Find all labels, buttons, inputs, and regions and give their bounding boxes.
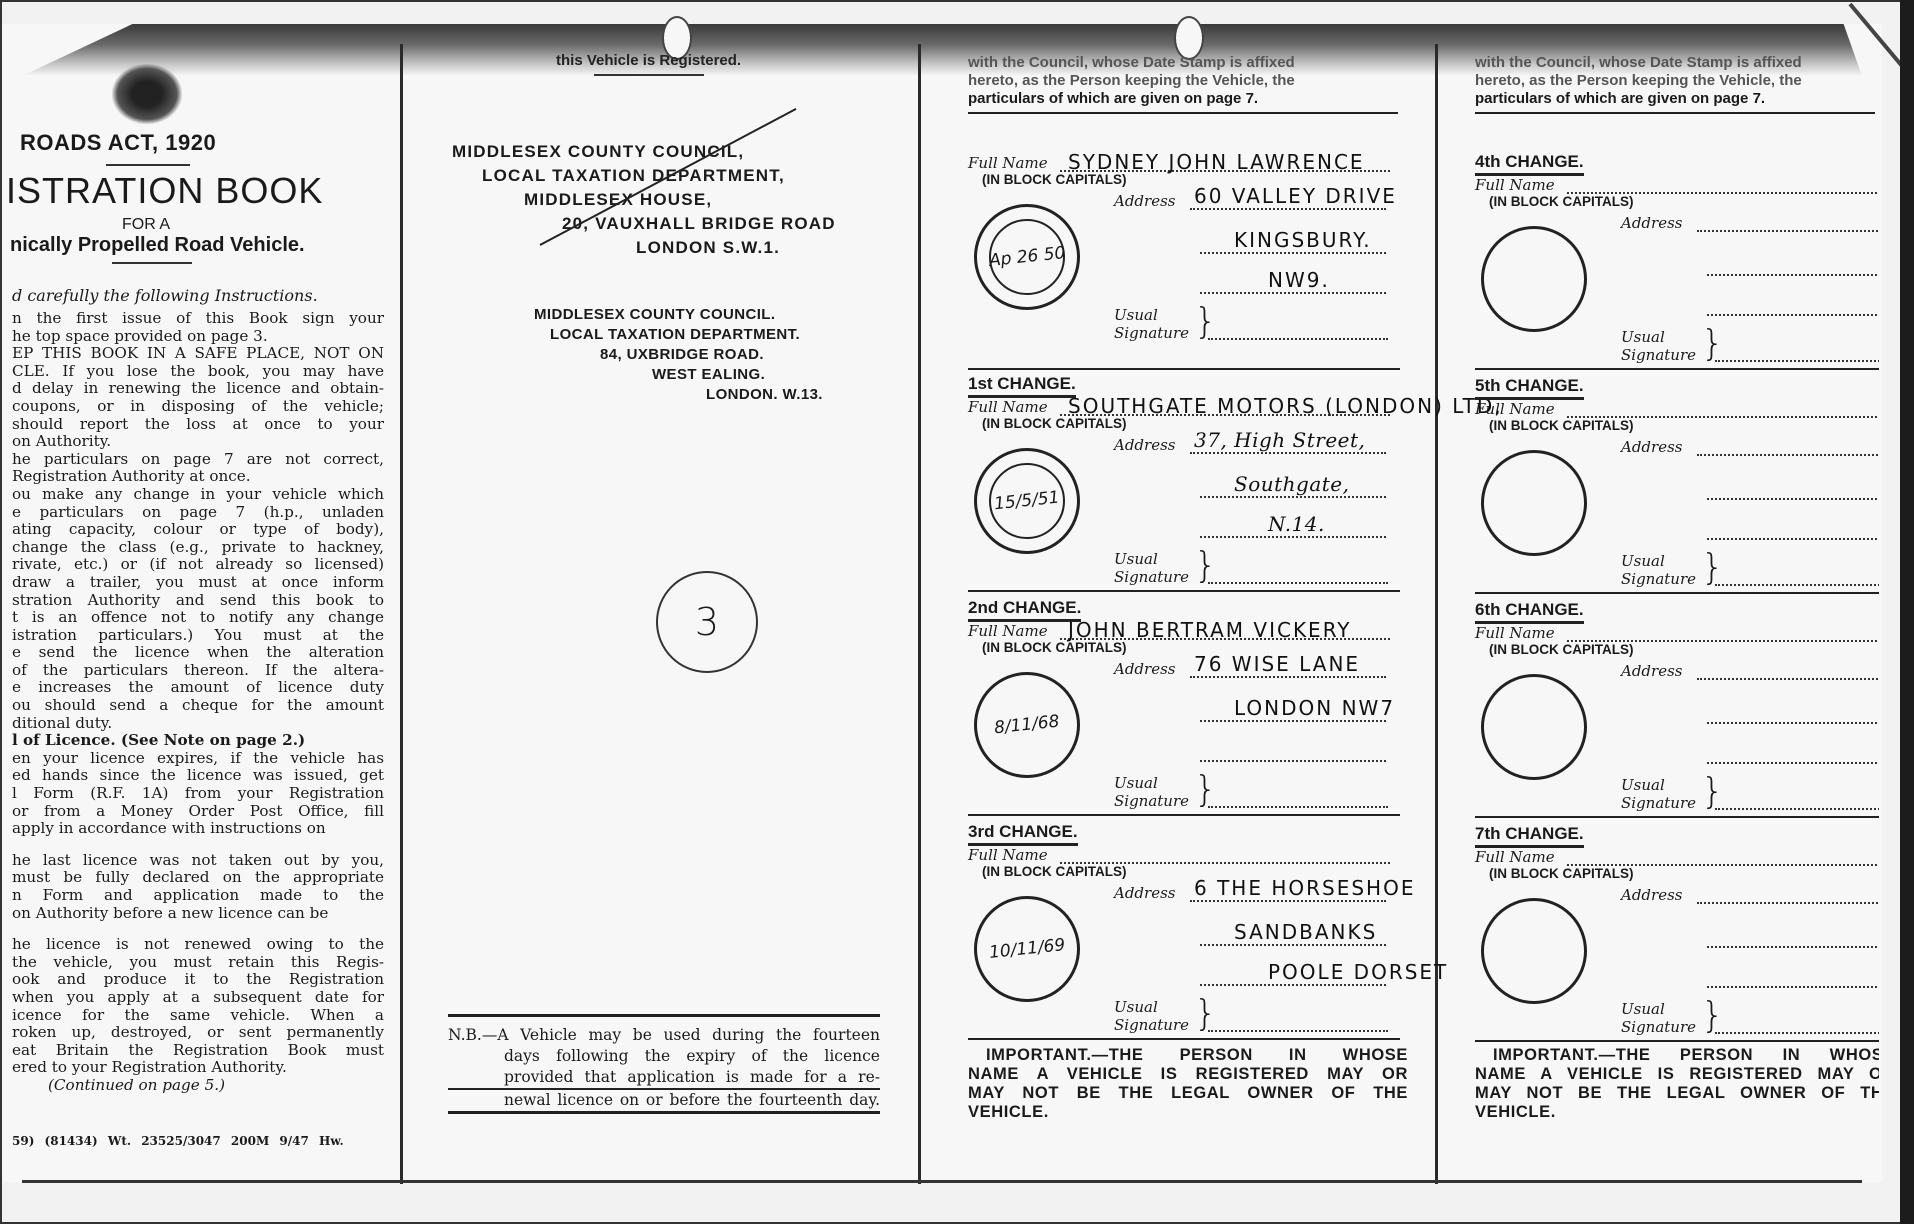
date-stamp: Ap 26 50 <box>974 204 1080 310</box>
rule <box>112 262 192 264</box>
instruction-line: t is an offence not to notify any change <box>12 609 384 627</box>
brace-icon: } <box>1701 774 1724 810</box>
address-field[interactable] <box>1707 946 1879 948</box>
address-field[interactable] <box>1190 676 1386 678</box>
act-title: ROADS ACT, 1920 <box>20 130 216 156</box>
scanned-sheet: ROADS ACT, 1920 ISTRATION BOOK FOR A nic… <box>2 24 1882 1182</box>
instruction-line: should report the loss at once to your <box>12 416 384 434</box>
address-value: POOLE DORSET <box>1268 960 1448 984</box>
instruction-line: ered to your Registration Authority. <box>12 1059 384 1077</box>
instructions-page: ROADS ACT, 1920 ISTRATION BOOK FOR A nic… <box>2 24 400 1174</box>
address-value: 6 THE HORSESHOE <box>1194 876 1415 900</box>
page-header: this Vehicle is Registered. <box>556 52 741 69</box>
signature-field[interactable] <box>1715 584 1879 586</box>
page-divider <box>918 44 921 1184</box>
new-address-line: MIDDLESEX COUNTY COUNCIL. <box>534 306 775 323</box>
registration-page: with the Council, whose Date Stamp is af… <box>922 24 1434 1174</box>
rule <box>106 164 190 166</box>
print-code: 59) (81434) Wt. 23525/3047 200M 9/47 Hw. <box>12 1134 344 1148</box>
block-capitals-label: (IN BLOCK CAPITALS) <box>982 416 1127 431</box>
instruction-line: ating capacity, colour or type of body), <box>12 521 384 539</box>
instruction-line: apply in accordance with instructions on <box>12 820 384 838</box>
address-label: Address <box>1621 214 1682 232</box>
change-heading: 5th CHANGE. <box>1475 376 1584 400</box>
instruction-line: l Form (R.F. 1A) from your Registration <box>12 785 384 803</box>
signature-field[interactable] <box>1208 1030 1388 1032</box>
signature-field[interactable] <box>1208 338 1388 340</box>
instruction-line: on Authority before a new licence can be <box>12 905 384 923</box>
instruction-line: e send the licence when the alteration <box>12 644 384 662</box>
address-value: Southgate, <box>1234 472 1350 496</box>
instruction-line: change the class (e.g., private to hackn… <box>12 539 384 557</box>
instruction-line: d delay in renewing the licence and obta… <box>12 380 384 398</box>
important-notice: IMPORTANT.—THE PERSON IN WHOSE NAME A VE… <box>968 1046 1408 1122</box>
nb-line: newal licence on or before the fourteent… <box>448 1090 880 1114</box>
address-label: Address <box>1114 436 1175 454</box>
change-heading: 6th CHANGE. <box>1475 600 1584 624</box>
address-field[interactable] <box>1707 274 1879 276</box>
old-address-line: 20, VAUXHALL BRIDGE ROAD <box>562 214 836 234</box>
change-heading: 4th CHANGE. <box>1475 152 1584 176</box>
block-capitals-label: (IN BLOCK CAPITALS) <box>1489 866 1634 881</box>
address-field[interactable] <box>1200 292 1386 294</box>
nb-note: N.B.—A Vehicle may be used during the fo… <box>448 1014 880 1114</box>
address-value: SANDBANKS <box>1234 920 1377 944</box>
full-name-label: Full Name <box>1475 400 1555 418</box>
address-field[interactable] <box>1707 538 1879 540</box>
change-entry: 2nd CHANGE.Full NameJOHN BERTRAM VICKERY… <box>968 598 1400 816</box>
address-field[interactable] <box>1200 720 1386 722</box>
usual-signature-label: UsualSignature <box>1114 998 1189 1034</box>
book-subtitle: nically Propelled Road Vehicle. <box>10 234 305 257</box>
full-name-label: Full Name <box>1475 848 1555 866</box>
page-divider <box>400 44 403 1184</box>
stamp-date: 10/11/69 <box>988 935 1066 963</box>
instruction-line: the vehicle, you must retain this Regis- <box>12 954 384 972</box>
important-notice: IMPORTANT.—THE PERSON IN WHOSE NAME A VE… <box>1475 1046 1879 1122</box>
address-field[interactable] <box>1707 986 1879 988</box>
address-label: Address <box>1621 662 1682 680</box>
address-field[interactable] <box>1200 984 1386 986</box>
usual-signature-label: UsualSignature <box>1621 776 1696 812</box>
brace-icon: } <box>1701 550 1724 586</box>
new-address-line: WEST EALING. <box>652 366 765 383</box>
paragraph-gap <box>12 922 384 936</box>
change-entry: 4th CHANGE.Full Name(IN BLOCK CAPITALS)A… <box>1475 152 1879 370</box>
instruction-line: ook and produce it to the Registration <box>12 971 384 989</box>
instruction-line: he licence is not renewed owing to the <box>12 936 384 954</box>
date-stamp: 8/11/68 <box>974 672 1080 778</box>
change-heading: 3rd CHANGE. <box>968 822 1078 846</box>
instruction-line: when you apply at a subsequent date for <box>12 989 384 1007</box>
block-capitals-label: (IN BLOCK CAPITALS) <box>982 172 1127 187</box>
scan-edge-bar <box>1900 0 1914 1224</box>
address-field[interactable] <box>1190 900 1386 902</box>
instruction-line: he last licence was not taken out by you… <box>12 852 384 870</box>
instruction-line: n Form and application made to the <box>12 887 384 905</box>
address-value: KINGSBURY. <box>1234 228 1372 252</box>
signature-field[interactable] <box>1208 582 1388 584</box>
full-name-label: Full Name <box>1475 176 1555 194</box>
signature-field[interactable] <box>1715 808 1879 810</box>
brace-icon: } <box>1701 998 1724 1034</box>
date-stamp <box>1481 226 1587 332</box>
full-name-label: Full Name <box>968 846 1048 864</box>
address-field[interactable] <box>1200 496 1386 498</box>
address-field[interactable] <box>1200 252 1386 254</box>
instruction-line: istration particulars.) You must at the <box>12 627 384 645</box>
royal-crest-icon <box>112 64 182 124</box>
council-address-page: this Vehicle is Registered. MIDDLESEX CO… <box>404 24 918 1174</box>
change-heading: 7th CHANGE. <box>1475 824 1584 848</box>
instruction-line: or from a Money Order Post Office, fill <box>12 803 384 821</box>
change-entry: 7th CHANGE.Full Name(IN BLOCK CAPITALS)A… <box>1475 824 1879 1042</box>
full-name-label: Full Name <box>968 154 1048 172</box>
full-name-value: SYDNEY JOHN LAWRENCE <box>1068 150 1365 174</box>
instructions-body: n the first issue of this Book sign your… <box>12 310 384 1095</box>
paragraph-gap <box>12 838 384 852</box>
full-name-label: Full Name <box>968 398 1048 416</box>
instruction-line: of the particulars thereon. If the alter… <box>12 662 384 680</box>
full-name-value: JOHN BERTRAM VICKERY <box>1068 618 1352 642</box>
book-for-a: FOR A <box>122 216 170 234</box>
address-field[interactable] <box>1190 452 1386 454</box>
changes-page: with the Council, whose Date Stamp is af… <box>1439 24 1879 1174</box>
address-label: Address <box>1621 438 1682 456</box>
change-heading: 2nd CHANGE. <box>968 598 1081 622</box>
instruction-line: e increases the amount of licence duty <box>12 679 384 697</box>
date-stamp <box>1481 450 1587 556</box>
address-value: 60 VALLEY DRIVE <box>1194 184 1397 208</box>
keeper-intro: with the Council, whose Date Stamp is af… <box>1475 54 1875 114</box>
usual-signature-label: UsualSignature <box>1114 550 1189 586</box>
address-field[interactable] <box>1697 678 1879 680</box>
brace-icon: } <box>1701 326 1724 362</box>
change-entry: 5th CHANGE.Full Name(IN BLOCK CAPITALS)A… <box>1475 376 1879 594</box>
address-value: 76 WISE LANE <box>1194 652 1360 676</box>
instruction-line: he top space provided on page 3. <box>12 328 384 346</box>
address-field[interactable] <box>1200 944 1386 946</box>
usual-signature-label: UsualSignature <box>1621 328 1696 364</box>
address-field[interactable] <box>1707 762 1879 764</box>
date-stamp <box>1481 674 1587 780</box>
address-field[interactable] <box>1200 760 1386 762</box>
signature-field[interactable] <box>1208 806 1388 808</box>
page-number: 3 <box>695 600 719 644</box>
instruction-line: ed hands since the licence was issued, g… <box>12 767 384 785</box>
date-stamp: 15/5/51 <box>974 448 1080 554</box>
block-capitals-label: (IN BLOCK CAPITALS) <box>1489 418 1634 433</box>
instruction-line: coupons, or in disposing of the vehicle; <box>12 398 384 416</box>
change-entry: 3rd CHANGE.Full Name(IN BLOCK CAPITALS)A… <box>968 822 1400 1040</box>
instruction-line: ou should send a cheque for the amount <box>12 697 384 715</box>
page-divider <box>1435 44 1438 1184</box>
address-field[interactable] <box>1697 902 1879 904</box>
page-number-circle: 3 <box>656 571 758 673</box>
instruction-line: ou make any change in your vehicle which <box>12 486 384 504</box>
block-capitals-label: (IN BLOCK CAPITALS) <box>1489 642 1634 657</box>
block-capitals-label: (IN BLOCK CAPITALS) <box>1489 194 1634 209</box>
address-value: 37, High Street, <box>1194 428 1365 452</box>
nb-line: days following the expiry of the licence <box>448 1046 880 1067</box>
address-value: N.14. <box>1268 512 1325 536</box>
address-label: Address <box>1114 192 1175 210</box>
full-name-label: Full Name <box>968 622 1048 640</box>
address-value: NW9. <box>1268 268 1330 292</box>
date-stamp: 10/11/69 <box>974 896 1080 1002</box>
signature-field[interactable] <box>1715 360 1879 362</box>
book-title: ISTRATION BOOK <box>6 170 323 212</box>
instruction-line: roken up, destroyed, or sent permanently <box>12 1024 384 1042</box>
stamp-date: 8/11/68 <box>993 712 1060 739</box>
instruction-line: CLE. If you lose the book, you may have <box>12 363 384 381</box>
address-field[interactable] <box>1707 722 1879 724</box>
stamp-date: Ap 26 50 <box>988 243 1066 271</box>
signature-field[interactable] <box>1715 1032 1879 1034</box>
usual-signature-label: UsualSignature <box>1621 1000 1696 1036</box>
change-heading: 1st CHANGE. <box>968 374 1076 398</box>
instruction-line: draw a trailer, you must at once inform <box>12 574 384 592</box>
change-entry: 6th CHANGE.Full Name(IN BLOCK CAPITALS)A… <box>1475 600 1879 818</box>
instruction-line: icence for the same vehicle. When a <box>12 1007 384 1025</box>
instruction-line: he particulars on page 7 are not correct… <box>12 451 384 469</box>
instruction-line: stration Authority and send this book to <box>12 592 384 610</box>
address-field[interactable] <box>1707 498 1879 500</box>
instruction-line: en your licence expires, if the vehicle … <box>12 750 384 768</box>
usual-signature-label: UsualSignature <box>1114 774 1189 810</box>
full-name-label: Full Name <box>1475 624 1555 642</box>
keeper-intro: with the Council, whose Date Stamp is af… <box>968 54 1398 114</box>
address-label: Address <box>1621 886 1682 904</box>
brace-icon: } <box>1194 304 1217 340</box>
instruction-line: l of Licence. (See Note on page 2.) <box>12 732 384 750</box>
instruction-line: ditional duty. <box>12 715 384 733</box>
old-address-line: MIDDLESEX HOUSE, <box>524 190 712 210</box>
new-address-line: LOCAL TAXATION DEPARTMENT. <box>550 326 800 343</box>
rule <box>594 74 704 76</box>
old-address-line: LOCAL TAXATION DEPARTMENT, <box>482 166 785 186</box>
stamp-date: 15/5/51 <box>993 488 1060 515</box>
block-capitals-label: (IN BLOCK CAPITALS) <box>982 640 1127 655</box>
instruction-line: Registration Authority at once. <box>12 468 384 486</box>
brace-icon: } <box>1194 996 1217 1032</box>
page-bottom-edge <box>22 1180 1862 1183</box>
instruction-line: must be fully declared on the appropriat… <box>12 869 384 887</box>
address-field[interactable] <box>1707 314 1879 316</box>
new-address-line: 84, UXBRIDGE ROAD. <box>600 346 764 363</box>
instruction-line: (Continued on page 5.) <box>12 1077 384 1095</box>
old-address-line: LONDON S.W.1. <box>636 238 780 258</box>
address-field[interactable] <box>1697 230 1879 232</box>
nb-line: N.B.—A Vehicle may be used during the fo… <box>448 1025 880 1046</box>
usual-signature-label: UsualSignature <box>1114 306 1189 342</box>
brace-icon: } <box>1194 772 1217 808</box>
instruction-line: EP THIS BOOK IN A SAFE PLACE, NOT ON <box>12 345 384 363</box>
address-label: Address <box>1114 660 1175 678</box>
instruction-line: eat Britain the Registration Book must <box>12 1042 384 1060</box>
address-label: Address <box>1114 884 1175 902</box>
full-name-value: SOUTHGATE MOTORS (LONDON) LTD, <box>1068 394 1503 418</box>
address-field[interactable] <box>1200 536 1386 538</box>
address-value: LONDON NW7 <box>1234 696 1395 720</box>
change-entry: 1st CHANGE.Full NameSOUTHGATE MOTORS (LO… <box>968 374 1400 592</box>
address-field[interactable] <box>1697 454 1879 456</box>
instructions-heading: d carefully the following Instructions. <box>12 286 318 305</box>
new-address-line: LONDON. W.13. <box>706 386 823 403</box>
nb-line: provided that application is made for a … <box>448 1067 880 1090</box>
brace-icon: } <box>1194 548 1217 584</box>
block-capitals-label: (IN BLOCK CAPITALS) <box>982 864 1127 879</box>
registration-entry: Full NameSYDNEY JOHN LAWRENCE(IN BLOCK C… <box>968 152 1400 370</box>
instruction-line: rivate, etc.) or (if not already so lice… <box>12 556 384 574</box>
instruction-line: on Authority. <box>12 433 384 451</box>
instruction-line: e particulars on page 7 (h.p., unladen <box>12 504 384 522</box>
usual-signature-label: UsualSignature <box>1621 552 1696 588</box>
address-field[interactable] <box>1190 208 1386 210</box>
date-stamp <box>1481 898 1587 1004</box>
instruction-line: n the first issue of this Book sign your <box>12 310 384 328</box>
